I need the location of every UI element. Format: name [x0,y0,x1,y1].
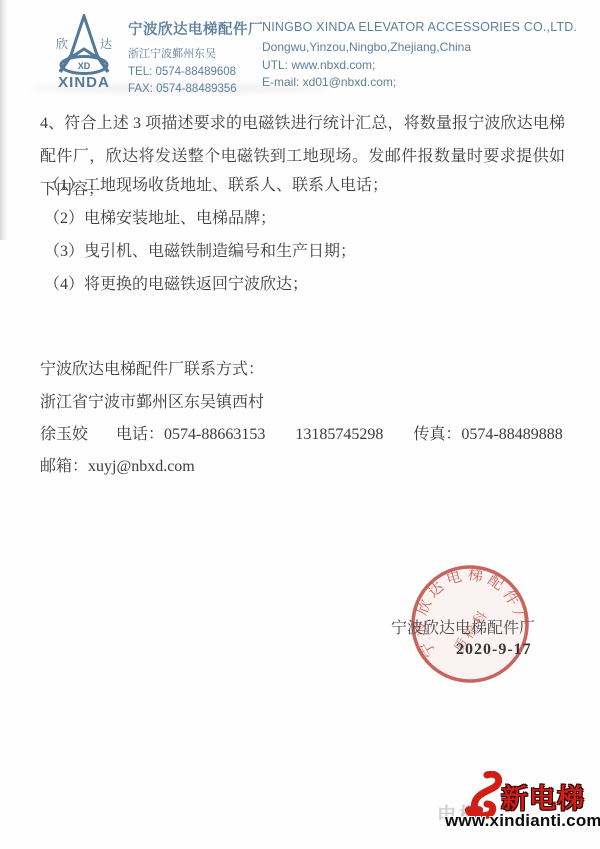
company-fax: FAX: 0574-88489356 [128,83,248,95]
list-item-2: （2）电梯安装地址、电梯品牌； [44,205,564,228]
fax-label: 传真： [413,426,461,443]
site-watermark: 电梯 新电梯 www.xindianti.com [435,765,600,843]
company-tel: TEL: 0574-88489608 [128,66,248,78]
company-address-cn: 浙江宁波鄞州东吴 [128,45,248,61]
logo-char-right: 达 [100,36,112,51]
company-name-cn: 宁波欣达电梯配件厂 [128,18,248,39]
contact-address: 浙江省宁波市鄞州区东吴镇西村 [40,389,580,412]
contact-person: 徐玉姣 [40,426,88,443]
contact-title: 宁波欣达电梯配件厂联系方式： [40,356,580,379]
phone-number-2: 13185745298 [295,426,383,443]
logo-brand-text: XINDA [58,74,110,90]
letterhead-chinese-block: 宁波欣达电梯配件厂 浙江宁波鄞州东吴 TEL: 0574-88489608 FA… [128,14,248,95]
logo-oval-text: XD [78,61,91,71]
letterhead-english-block: NINGBO XINDA ELEVATOR ACCESSORIES CO.,LT… [262,14,577,95]
company-address-en: Dongwu,Yinzou,Ningbo,Zhejiang,China [262,40,577,54]
phone-label: 电话： [116,426,164,443]
scan-edge-shadow [0,0,7,240]
fax-number: 0574-88489888 [461,426,562,443]
signature-company: 宁波欣达电梯配件厂 [391,615,535,638]
document-page: 欣 达 XD XINDA 宁波欣达电梯配件厂 浙江宁波鄞州东吴 TEL: 057… [0,0,600,849]
watermark-url: www.xindianti.com [445,811,600,831]
phone-number-1: 0574-88663153 [164,426,265,443]
list-item-1: （1）工地现场收货地址、联系人、联系人电话； [44,172,564,195]
list-item-3: （3）曳引机、电磁铁制造编号和生产日期； [44,238,564,261]
contact-email-line: 邮箱：xuyj@nbxd.com [40,453,580,476]
list-item-4: （4）将更换的电磁铁返回宁波欣达； [44,271,564,294]
letterhead: 欣 达 XD XINDA 宁波欣达电梯配件厂 浙江宁波鄞州东吴 TEL: 057… [48,14,568,95]
contact-phone-line: 徐玉姣电话：0574-8866315313185745298传真：0574-88… [40,421,580,444]
email-label: 邮箱： [40,458,88,475]
logo-char-left: 欣 [56,37,68,51]
company-name-en: NINGBO XINDA ELEVATOR ACCESSORIES CO.,LT… [262,20,577,34]
xinda-logo-icon: 欣 达 XD XINDA [48,14,120,90]
email-value: xuyj@nbxd.com [88,458,195,475]
company-url: UTL: www.nbxd.com; [262,58,577,72]
signature-date: 2020-9-17 [456,641,532,659]
company-email: E-mail: xd01@nbxd.com; [262,75,577,89]
